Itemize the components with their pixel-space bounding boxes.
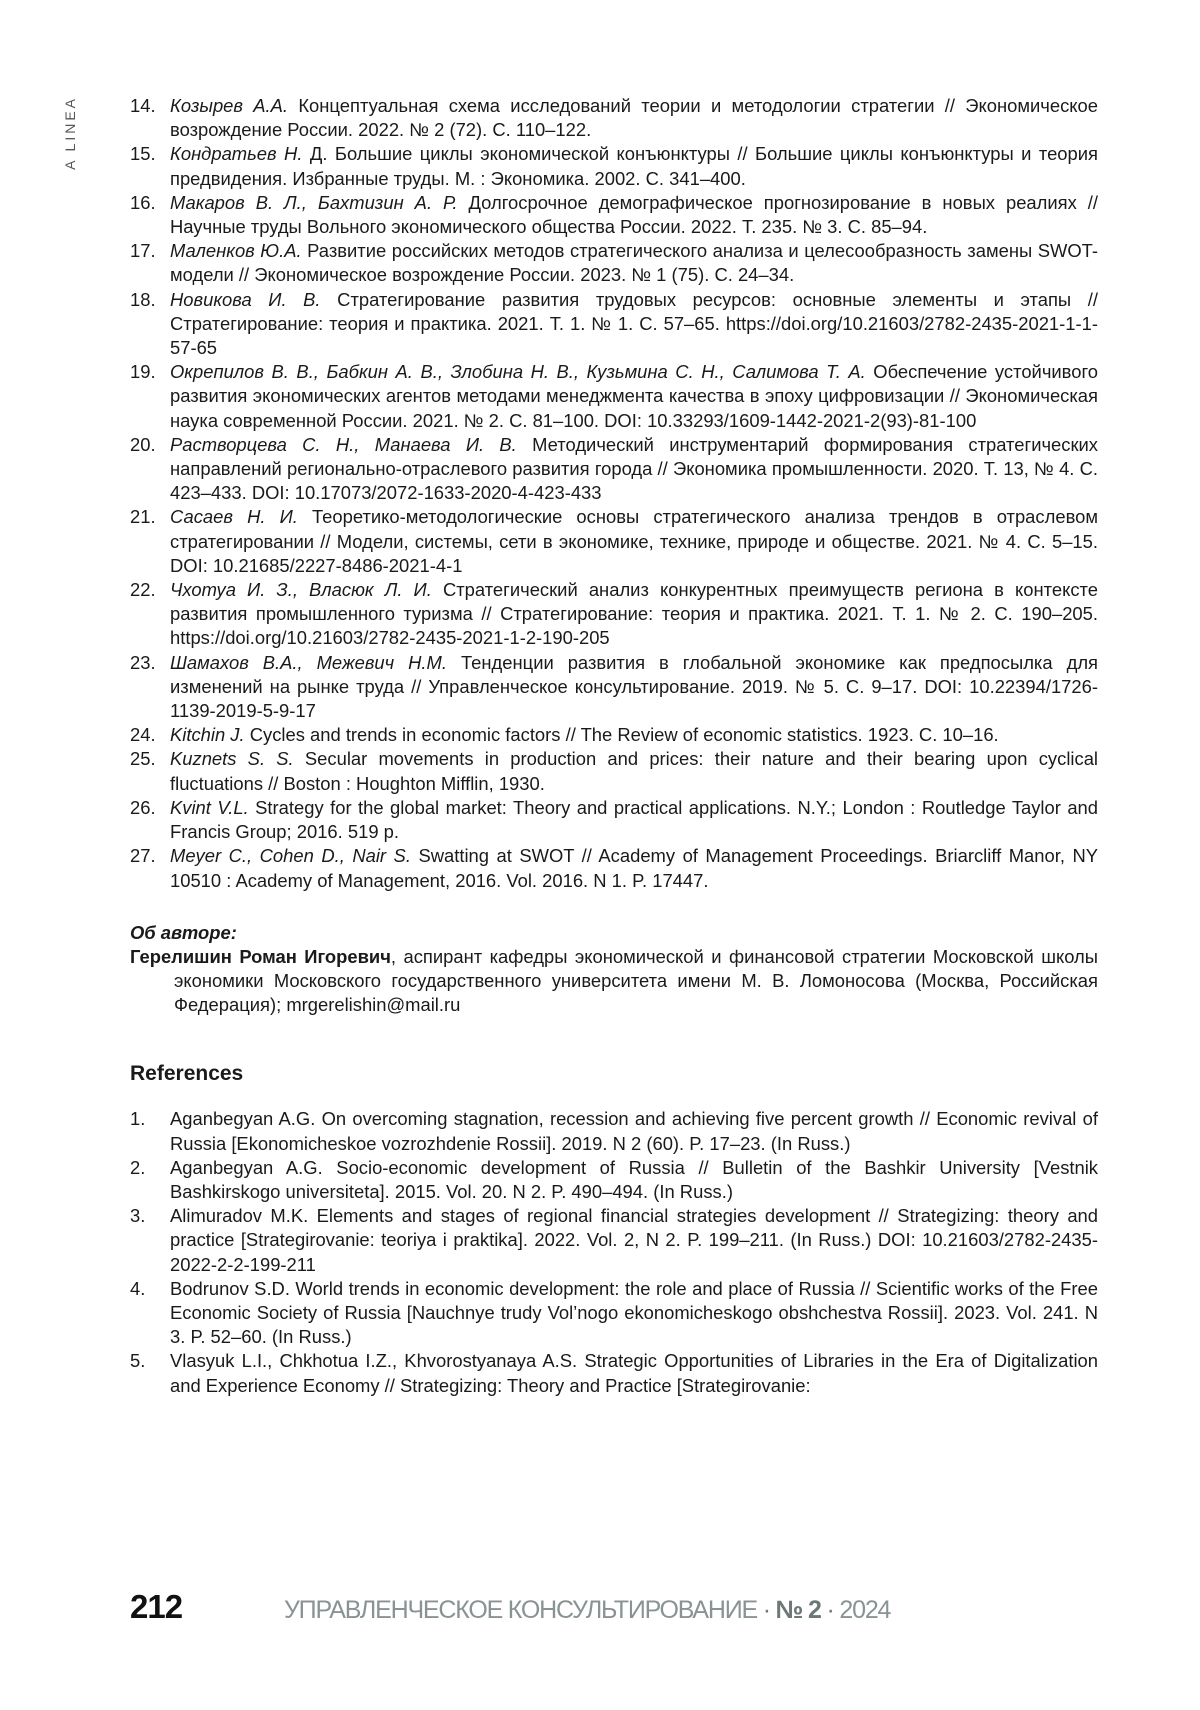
- reference-authors: Маленков Ю.А.: [170, 240, 302, 261]
- reference-item: 22.Чхотуа И. З., Власюк Л. И. Стратегиче…: [130, 578, 1098, 651]
- reference-authors: Meyer C., Cohen D., Nair S.: [170, 845, 411, 866]
- reference-text: Secular movements in production and pric…: [170, 748, 1098, 793]
- reference-authors: Окрепилов В. В., Бабкин А. В., Злобина Н…: [170, 361, 866, 382]
- reference-number: 20.: [130, 433, 166, 457]
- reference-item: 25.Kuznets S. S. Secular movements in pr…: [130, 747, 1098, 795]
- reference-number: 3.: [130, 1204, 166, 1228]
- reference-number: 17.: [130, 239, 166, 263]
- reference-authors: Кондратьев Н.: [170, 143, 302, 164]
- reference-authors: Козырев А.А.: [170, 95, 288, 116]
- reference-item: 21.Сасаев Н. И. Теоретико-методологическ…: [130, 505, 1098, 578]
- page-footer: 212 УПРАВЛЕНЧЕСКОЕ КОНСУЛЬТИРОВАНИЕ · № …: [130, 1588, 1030, 1628]
- separator-dot: ·: [827, 1596, 834, 1624]
- reference-number: 25.: [130, 747, 166, 771]
- journal-running-title: УПРАВЛЕНЧЕСКОЕ КОНСУЛЬТИРОВАНИЕ · № 2 · …: [284, 1596, 890, 1625]
- reference-authors: Alimuradov M.K.: [170, 1205, 308, 1226]
- reference-text: Cycles and trends in economic factors //…: [245, 724, 999, 745]
- reference-item: 16.Макаров В. Л., Бахтизин А. Р. Долгоср…: [130, 191, 1098, 239]
- section-side-label: A LINEA: [62, 96, 82, 170]
- reference-item: 15.Кондратьев Н. Д. Большие циклы эконом…: [130, 142, 1098, 190]
- references-ru-list: 14.Козырев А.А. Концептуальная схема исс…: [130, 94, 1098, 893]
- reference-number: 1.: [130, 1107, 166, 1131]
- reference-item: 1.Aganbegyan A.G. On overcoming stagnati…: [130, 1107, 1098, 1155]
- reference-item: 23.Шамахов В.А., Межевич Н.М. Тенденции …: [130, 651, 1098, 724]
- page-content: 14.Козырев А.А. Концептуальная схема исс…: [130, 94, 1098, 1398]
- about-author: Об авторе: Герелишин Роман Игоревич, асп…: [130, 921, 1098, 1018]
- reference-number: 14.: [130, 94, 166, 118]
- reference-authors: Новикова И. В.: [170, 289, 321, 310]
- reference-number: 22.: [130, 578, 166, 602]
- reference-number: 4.: [130, 1277, 166, 1301]
- reference-text: Развитие российских методов стратегическ…: [170, 240, 1098, 285]
- reference-item: 27.Meyer C., Cohen D., Nair S. Swatting …: [130, 844, 1098, 892]
- reference-item: 3.Alimuradov M.K. Elements and stages of…: [130, 1204, 1098, 1277]
- reference-authors: Шамахов В.А., Межевич Н.М.: [170, 652, 447, 673]
- reference-item: 2.Aganbegyan A.G. Socio-economic develop…: [130, 1156, 1098, 1204]
- reference-authors: Сасаев Н. И.: [170, 506, 298, 527]
- reference-item: 24.Kitchin J. Cycles and trends in econo…: [130, 723, 1098, 747]
- reference-text: World trends in economic development: th…: [170, 1278, 1098, 1347]
- reference-item: 14.Козырев А.А. Концептуальная схема исс…: [130, 94, 1098, 142]
- reference-authors: Aganbegyan A.G.: [170, 1108, 315, 1129]
- separator-dot: ·: [763, 1596, 770, 1624]
- reference-authors: Kvint V.L.: [170, 797, 249, 818]
- page-number: 212: [130, 1588, 182, 1626]
- reference-authors: Vlasyuk L.I., Chkhotua I.Z., Khvorostyan…: [170, 1350, 577, 1371]
- reference-item: 26.Kvint V.L. Strategy for the global ma…: [130, 796, 1098, 844]
- reference-number: 27.: [130, 844, 166, 868]
- about-author-body: Герелишин Роман Игоревич, аспирант кафед…: [130, 945, 1098, 1018]
- reference-number: 15.: [130, 142, 166, 166]
- issue-number: № 2: [776, 1596, 821, 1624]
- reference-authors: Aganbegyan A.G.: [170, 1157, 323, 1178]
- reference-authors: Растворцева С. Н., Манаева И. В.: [170, 434, 517, 455]
- reference-item: 20.Растворцева С. Н., Манаева И. В. Мето…: [130, 433, 1098, 506]
- reference-authors: Макаров В. Л., Бахтизин А. Р.: [170, 192, 458, 213]
- reference-item: 18.Новикова И. В. Стратегирование развит…: [130, 288, 1098, 361]
- issue-year: 2024: [839, 1596, 890, 1624]
- reference-item: 5.Vlasyuk L.I., Chkhotua I.Z., Khvorosty…: [130, 1349, 1098, 1397]
- reference-text: Д. Большие циклы экономической конъюнкту…: [170, 143, 1098, 188]
- references-heading: References: [130, 1061, 1098, 1087]
- reference-number: 21.: [130, 505, 166, 529]
- reference-number: 18.: [130, 288, 166, 312]
- reference-authors: Чхотуа И. З., Власюк Л. И.: [170, 579, 432, 600]
- journal-name: УПРАВЛЕНЧЕСКОЕ КОНСУЛЬТИРОВАНИЕ: [284, 1596, 757, 1624]
- reference-authors: Kuznets S. S.: [170, 748, 294, 769]
- author-name: Герелишин Роман Игоревич: [130, 946, 391, 967]
- reference-number: 16.: [130, 191, 166, 215]
- reference-text: Концептуальная схема исследований теории…: [170, 95, 1098, 140]
- reference-item: 17.Маленков Ю.А. Развитие российских мет…: [130, 239, 1098, 287]
- reference-number: 5.: [130, 1349, 166, 1373]
- references-en-list: 1.Aganbegyan A.G. On overcoming stagnati…: [130, 1107, 1098, 1397]
- about-author-title: Об авторе:: [130, 921, 1098, 945]
- reference-number: 2.: [130, 1156, 166, 1180]
- reference-authors: Kitchin J.: [170, 724, 245, 745]
- reference-item: 19.Окрепилов В. В., Бабкин А. В., Злобин…: [130, 360, 1098, 433]
- reference-item: 4.Bodrunov S.D. World trends in economic…: [130, 1277, 1098, 1350]
- reference-text: Elements and stages of regional financia…: [170, 1205, 1098, 1274]
- reference-text: Теоретико-методологические основы страте…: [170, 506, 1098, 575]
- reference-text: Strategy for the global market: Theory a…: [170, 797, 1098, 842]
- reference-number: 19.: [130, 360, 166, 384]
- reference-number: 24.: [130, 723, 166, 747]
- reference-number: 23.: [130, 651, 166, 675]
- reference-authors: Bodrunov S.D.: [170, 1278, 290, 1299]
- reference-number: 26.: [130, 796, 166, 820]
